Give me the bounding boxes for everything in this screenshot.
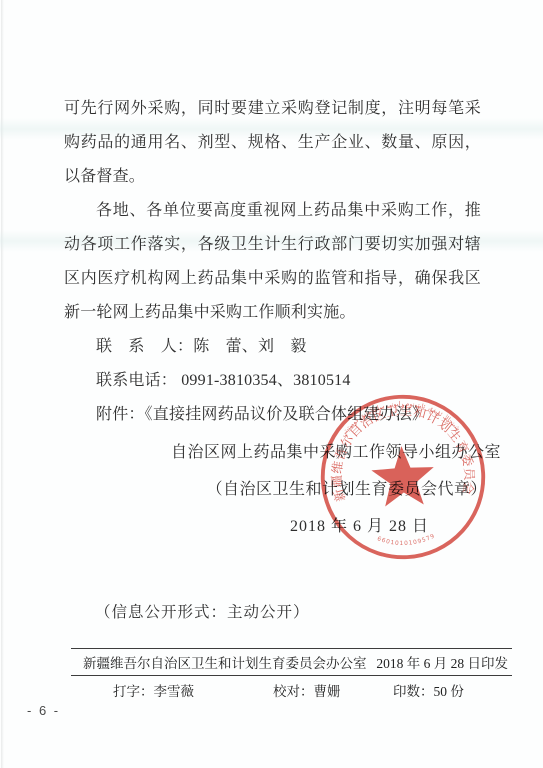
scan-edge-artifact (1, 0, 4, 768)
official-red-seal: 新疆维吾尔自治区卫生和计划生育委员会 شىنجاڭ ئۇيغۇر ئاپتونو… (312, 386, 495, 569)
scanned-document-page: 可先行网外采购，同时要建立采购登记制度，注明每笔采购药品的通用名、剂型、规格、生… (0, 0, 543, 768)
contact-person-label: 联 系 人： (96, 338, 193, 355)
contact-phone-numbers: 0991-3810354、3810514 (181, 372, 350, 389)
footer-typist: 打字：李雪薇 (113, 680, 273, 700)
seal-serial-number: 6601010109579 (376, 533, 437, 548)
disclosure-note: （信息公开形式：主动公开） (95, 600, 310, 622)
footer-print-details-row: 打字：李雪薇 校对：曹姗 印数：50 份 (71, 676, 512, 700)
seal-star-icon (370, 444, 435, 507)
print-info-footer: 新疆维吾尔自治区卫生和计划生育委员会办公室 2018 年 6 月 28 日印发 … (71, 648, 512, 700)
footer-copies-count: 印数：50 份 (393, 680, 464, 700)
footer-print-date: 2018 年 6 月 28 日印发 (376, 652, 508, 672)
footer-issuer-office: 新疆维吾尔自治区卫生和计划生育委员会办公室 (83, 652, 367, 672)
contact-person-line: 联 系 人：陈 蕾、刘 毅 (64, 330, 481, 364)
svg-text:6601010109579: 6601010109579 (376, 533, 437, 548)
contact-phone-label: 联系电话： (96, 372, 177, 389)
paragraph-supervision: 各地、各单位要高度重视网上药品集中采购工作，推动各项工作落实，各级卫生计生行政部… (64, 194, 481, 330)
page-number: - 6 - (27, 703, 60, 718)
paragraph-procurement-registry: 可先行网外采购，同时要建立采购登记制度，注明每笔采购药品的通用名、剂型、规格、生… (64, 92, 481, 194)
footer-issuer-row: 新疆维吾尔自治区卫生和计划生育委员会办公室 2018 年 6 月 28 日印发 (71, 649, 512, 676)
seal-graphic: 新疆维吾尔自治区卫生和计划生育委员会 شىنجاڭ ئۇيغۇر ئاپتونو… (312, 386, 495, 569)
document-body: 可先行网外采购，同时要建立采购登记制度，注明每笔采购药品的通用名、剂型、规格、生… (64, 92, 481, 432)
contact-person-names: 陈 蕾、刘 毅 (193, 338, 306, 355)
footer-proofreader: 校对：曹姗 (273, 680, 393, 700)
